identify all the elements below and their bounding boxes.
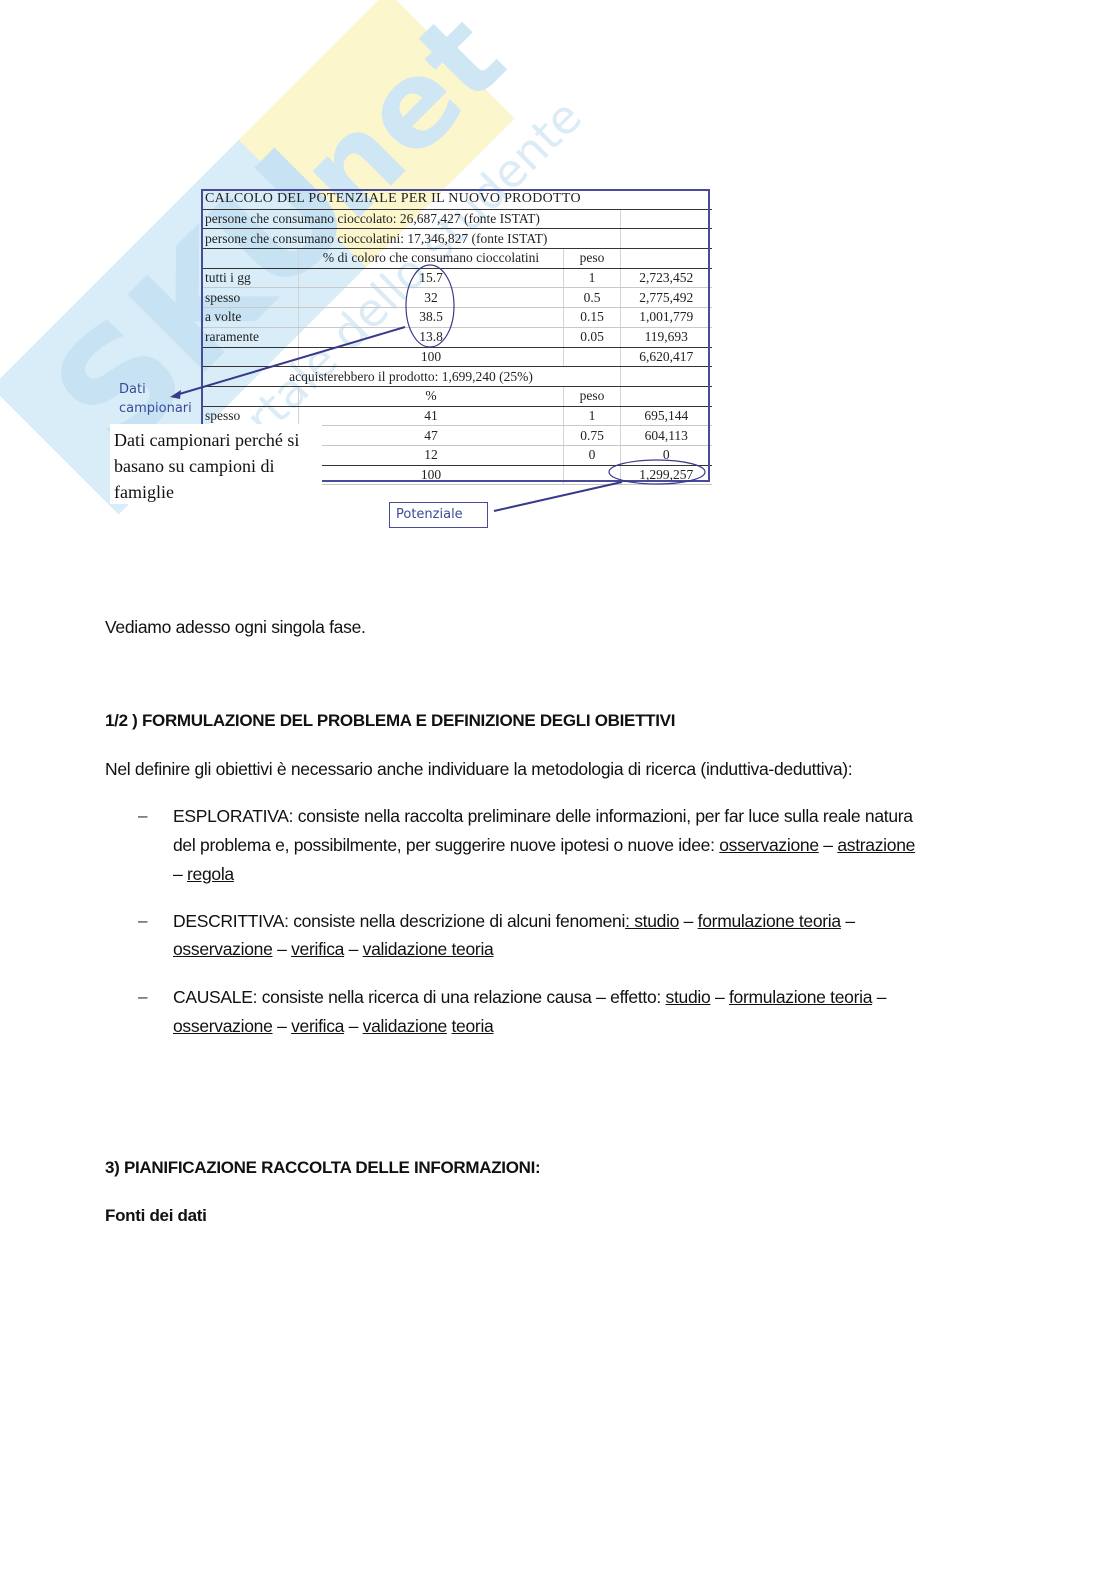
section-heading-1: 1/2 ) FORMULAZIONE DEL PROBLEMA E DEFINI… xyxy=(105,711,675,731)
table-title: CALCOLO DEL POTENZIALE PER IL NUOVO PROD… xyxy=(202,190,712,209)
dati-campionari-label: Dati campionari xyxy=(119,380,199,418)
bullet-dash: – xyxy=(138,987,147,1007)
intro-text: Vediamo adesso ogni singola fase. xyxy=(105,617,366,638)
table-row: spesso411695,144 xyxy=(202,406,712,426)
item-descrittiva-line2: osservazione – verifica – validazione te… xyxy=(173,939,493,960)
item-esplorativa-line1: ESPLORATIVA: consiste nella raccolta pre… xyxy=(173,806,913,827)
info-cioccolato: persone che consumano cioccolato: 26,687… xyxy=(202,209,621,229)
info-cioccolatini: persone che consumano cioccolatini: 17,3… xyxy=(202,229,621,249)
header-peso: peso xyxy=(564,249,621,269)
section-heading-3: 3) PIANIFICAZIONE RACCOLTA DELLE INFORMA… xyxy=(105,1158,540,1178)
header-pct: % di coloro che consumano cioccolatini xyxy=(299,249,564,269)
subheading-fonti: Fonti dei dati xyxy=(105,1206,207,1226)
section-lead: Nel definire gli obiettivi è necessario … xyxy=(105,759,852,780)
item-causale-line1: CAUSALE: consiste nella ricerca di una r… xyxy=(173,987,886,1008)
item-esplorativa-line3: – regola xyxy=(173,864,234,885)
table-row: tutti i gg15.712,723,452 xyxy=(202,268,712,288)
arrow-potenziale xyxy=(494,482,622,511)
table-row: a volte38.50.151,001,779 xyxy=(202,308,712,328)
header2-pct: % xyxy=(299,386,564,406)
sample-data-note: Dati campionari perché si basano su camp… xyxy=(114,427,324,505)
bullet-dash: – xyxy=(138,911,147,931)
bullet-dash: – xyxy=(138,806,147,826)
item-descrittiva-line1: DESCRITTIVA: consiste nella descrizione … xyxy=(173,911,855,932)
header2-peso: peso xyxy=(564,386,621,406)
item-causale-line2: osservazione – verifica – validazione te… xyxy=(173,1016,493,1037)
table-row: raramente13.80.05119,693 xyxy=(202,327,712,347)
potenziale-label-box: Potenziale xyxy=(389,502,488,528)
total-row: 1006,620,417 xyxy=(202,347,712,367)
item-esplorativa-line2: del problema e, possibilmente, per sugge… xyxy=(173,835,915,856)
table-row: spesso320.52,775,492 xyxy=(202,288,712,308)
buyers-row: acquisterebbero il prodotto: 1,699,240 (… xyxy=(202,367,621,387)
